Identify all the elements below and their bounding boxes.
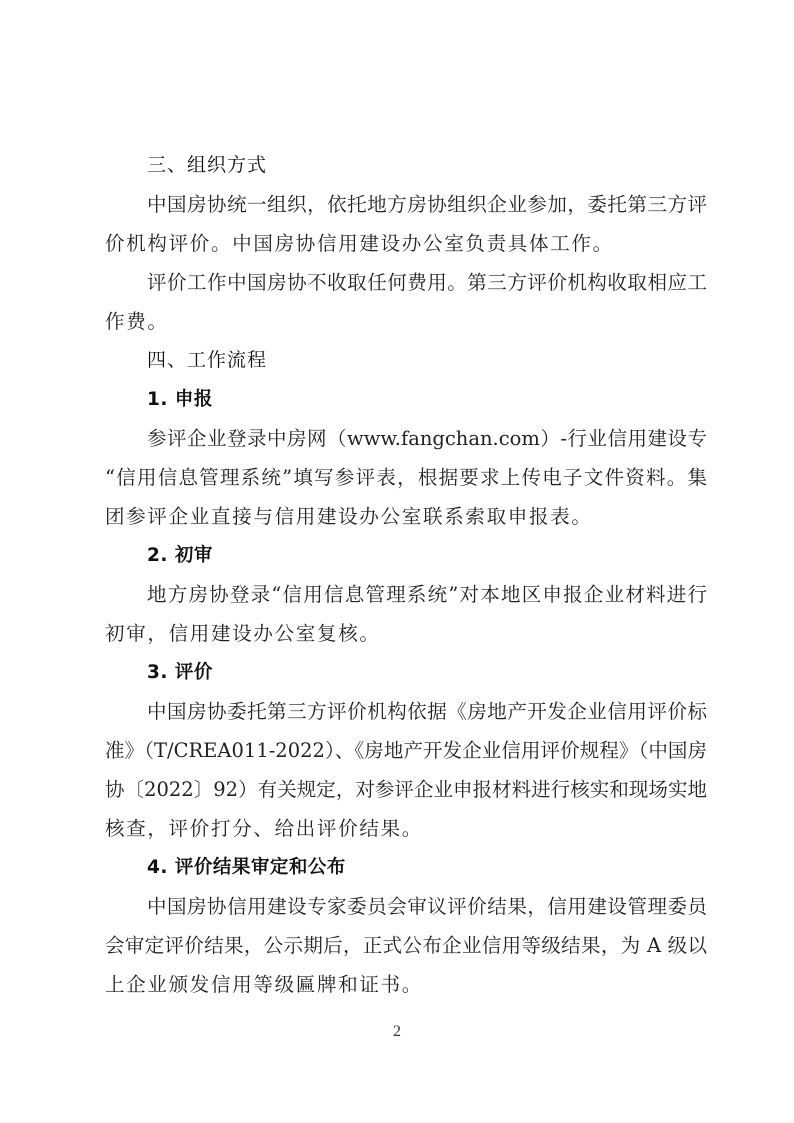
paragraph-line: 价机构评价。中国房协信用建设办公室负责具体工作。 [105,224,707,263]
paragraph-line: 中国房协委托第三方评价机构依据《房地产开发企业信用评价标 [105,692,707,731]
step-heading-apply: 1. 申报 [105,380,707,419]
paragraph-line: 核查，评价打分、给出评价结果。 [105,809,707,848]
paragraph-line: 评价工作中国房协不收取任何费用。第三方评价机构收取相应工 [105,263,707,302]
step-heading-preliminary-review: 2. 初审 [105,536,707,575]
step-heading-evaluation: 3. 评价 [105,653,707,692]
paragraph-line: 作费。 [105,302,707,341]
paragraph-line: 上企业颁发信用等级匾牌和证书。 [105,965,707,1004]
paragraph-line: 团参评企业直接与信用建设办公室联系索取申报表。 [105,497,707,536]
paragraph-line: 准》（T/CREA011-2022）、《房地产开发企业信用评价规程》（中国房 [105,731,707,770]
section-heading-workflow: 四、工作流程 [105,341,707,380]
paragraph-line: 协〔2022〕92）有关规定，对参评企业申报材料进行核实和现场实地 [105,770,707,809]
step-heading-result-approval: 4. 评价结果审定和公布 [105,848,707,887]
paragraph-line: 中国房协信用建设专家委员会审议评价结果，信用建设管理委员 [105,887,707,926]
paragraph-line: 地方房协登录“信用信息管理系统”对本地区申报企业材料进行 [105,575,707,614]
paragraph-line: 初审，信用建设办公室复核。 [105,614,707,653]
paragraph-line: 参评企业登录中房网（www.fangchan.com）-行业信用建设专区 [105,419,707,458]
paragraph-line: “信用信息管理系统”填写参评表，根据要求上传电子文件资料。集 [105,458,707,497]
section-heading-organization: 三、组织方式 [105,146,707,185]
paragraph-line: 会审定评价结果，公示期后，正式公布企业信用等级结果，为 A 级以 [105,926,707,965]
page-number: 2 [0,1023,794,1041]
paragraph-line: 中国房协统一组织，依托地方房协组织企业参加，委托第三方评 [105,185,707,224]
document-page: 三、组织方式 中国房协统一组织，依托地方房协组织企业参加，委托第三方评 价机构评… [105,146,707,1004]
